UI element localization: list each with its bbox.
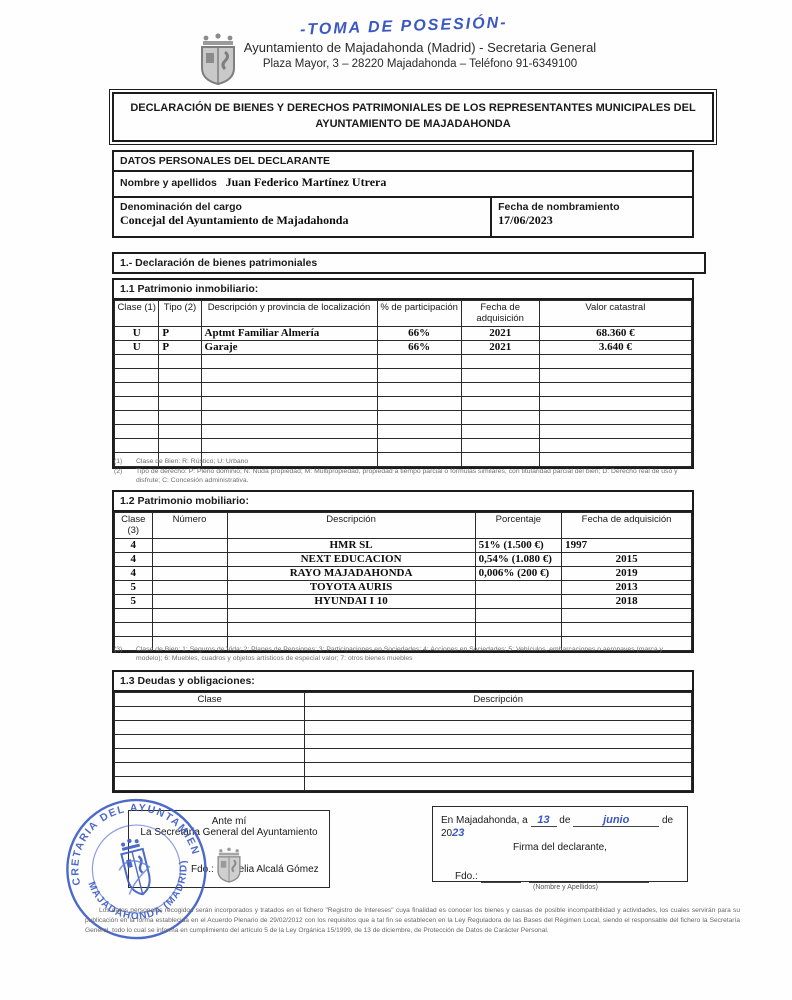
footnote: (1) Clase de Bien: R: Rústico; U: Urbano bbox=[112, 457, 690, 466]
table-cell-empty bbox=[115, 438, 159, 452]
name-label: Nombre y apellidos bbox=[120, 177, 217, 189]
table-cell-empty bbox=[461, 410, 539, 424]
table-cell-empty bbox=[159, 382, 201, 396]
cell-numero bbox=[152, 538, 227, 552]
footnote: (2) Tipo de derecho: P: Pleno dominio; N… bbox=[112, 467, 690, 485]
cell-numero bbox=[152, 552, 227, 566]
table-row: 5 TOYOTA AURIS 2013 bbox=[115, 580, 692, 594]
table-cell-empty bbox=[201, 368, 377, 382]
mobiliario-section: 1.2 Patrimonio mobiliario: Clase (3) Núm… bbox=[112, 490, 694, 653]
table-cell-empty bbox=[461, 424, 539, 438]
column-header: Fecha de adquisición bbox=[562, 513, 692, 539]
table-cell-empty bbox=[539, 382, 691, 396]
secretary-rubber-stamp: SECRETARIA DEL AYUNTAMIENTO · MAJADAHOND… bbox=[45, 778, 228, 965]
cell-descripcion: Aptmt Familiar Almería bbox=[201, 326, 377, 340]
date-line: En Majadahonda, a 13 de junio de 2023 bbox=[441, 815, 679, 839]
cargo-cell: Denominación del cargo Concejal del Ayun… bbox=[114, 198, 492, 236]
table-row-empty bbox=[115, 368, 692, 382]
table-cell-empty bbox=[305, 749, 692, 763]
org-name: Ayuntamiento de Majadahonda (Madrid) - S… bbox=[160, 40, 680, 55]
table-cell-empty bbox=[475, 622, 562, 636]
table-cell-empty bbox=[305, 777, 692, 791]
cell-fecha: 2018 bbox=[562, 594, 692, 608]
name-value: Juan Federico Martínez Utrera bbox=[226, 175, 387, 189]
table-cell-empty bbox=[115, 424, 159, 438]
table-cell-empty bbox=[159, 410, 201, 424]
handwritten-day: 13 bbox=[537, 814, 549, 826]
column-header: Descripción bbox=[305, 693, 692, 707]
inmobiliario-heading: 1.1 Patrimonio inmobiliario: bbox=[114, 280, 692, 300]
table-cell-empty bbox=[201, 424, 377, 438]
column-header: Fecha de adquisición bbox=[461, 301, 539, 327]
footnote-text: Clase de Bien: R: Rústico; U: Urbano bbox=[136, 457, 690, 466]
table-cell-empty bbox=[377, 438, 461, 452]
deudas-table: Clase Descripción bbox=[114, 692, 692, 791]
table-cell-empty bbox=[377, 382, 461, 396]
table-row-empty bbox=[115, 396, 692, 410]
table-cell-empty bbox=[377, 410, 461, 424]
table-cell-empty bbox=[377, 354, 461, 368]
cell-descripcion: Garaje bbox=[201, 340, 377, 354]
table-cell-empty bbox=[201, 396, 377, 410]
deudas-heading: 1.3 Deudas y obligaciones: bbox=[114, 672, 692, 692]
cell-clase: U bbox=[115, 340, 159, 354]
cell-clase: 4 bbox=[115, 538, 153, 552]
cell-porcentaje: 51% (1.500 €) bbox=[475, 538, 562, 552]
cell-valor: 68.360 € bbox=[539, 326, 691, 340]
cell-descripcion: RAYO MAJADAHONDA bbox=[227, 566, 475, 580]
cell-clase: 5 bbox=[115, 580, 153, 594]
table-cell-empty bbox=[115, 735, 305, 749]
table-cell-empty bbox=[305, 735, 692, 749]
footnote-text: Clase de Bien: 1: Seguros de Vida; 2: Pl… bbox=[136, 645, 690, 663]
header-row: Clase (1) Tipo (2) Descripción y provinc… bbox=[115, 301, 692, 327]
fecha-nombramiento-label: Fecha de nombramiento bbox=[498, 201, 686, 213]
nombre-apellidos-hint: (Nombre y Apellidos) bbox=[441, 884, 679, 891]
stamp-crest-icon bbox=[112, 836, 155, 899]
cell-descripcion: NEXT EDUCACION bbox=[227, 552, 475, 566]
table-cell-empty bbox=[115, 354, 159, 368]
header-row: Clase Descripción bbox=[115, 693, 692, 707]
handwritten-annotation: -TOMA DE POSESIÓN- bbox=[300, 14, 508, 39]
table-row-empty bbox=[115, 410, 692, 424]
letterhead: Ayuntamiento de Majadahonda (Madrid) - S… bbox=[160, 40, 680, 70]
section1-heading: 1.- Declaración de bienes patrimoniales bbox=[112, 252, 706, 274]
table-cell-empty bbox=[159, 354, 201, 368]
cell-porcentaje: 0,54% (1.080 €) bbox=[475, 552, 562, 566]
cell-fecha: 2015 bbox=[562, 552, 692, 566]
cell-fecha: 2019 bbox=[562, 566, 692, 580]
cell-porcentaje: 0,006% (200 €) bbox=[475, 566, 562, 580]
table-cell-empty bbox=[227, 608, 475, 622]
table-cell-empty bbox=[201, 382, 377, 396]
fecha-nombramiento-value: 17/06/2023 bbox=[498, 213, 553, 227]
cell-tipo: P bbox=[159, 326, 201, 340]
firma-declarante-text: Firma del declarante, bbox=[441, 842, 679, 853]
table-cell-empty bbox=[115, 396, 159, 410]
header-row: Clase (3) Número Descripción Porcentaje … bbox=[115, 513, 692, 539]
cell-tipo: P bbox=[159, 340, 201, 354]
table-row: U P Garaje 66% 2021 3.640 € bbox=[115, 340, 692, 354]
table-cell-empty bbox=[159, 368, 201, 382]
footnote-marker: (1) bbox=[112, 457, 136, 466]
table-cell-empty bbox=[475, 608, 562, 622]
column-header: Tipo (2) bbox=[159, 301, 201, 327]
table-cell-empty bbox=[159, 438, 201, 452]
column-header: Descripción bbox=[227, 513, 475, 539]
cell-clase: U bbox=[115, 326, 159, 340]
table-row-empty bbox=[115, 749, 692, 763]
cell-descripcion: HMR SL bbox=[227, 538, 475, 552]
table-row-empty bbox=[115, 382, 692, 396]
scanned-declaration-form: -TOMA DE POSESIÓN- Ayuntamiento de Majad… bbox=[0, 0, 792, 1000]
cell-fecha: 2013 bbox=[562, 580, 692, 594]
table-row-empty bbox=[115, 608, 692, 622]
table-cell-empty bbox=[227, 622, 475, 636]
personal-heading: DATOS PERSONALES DEL DECLARANTE bbox=[114, 152, 692, 172]
footnote-text: Tipo de derecho: P: Pleno dominio; N: Nu… bbox=[136, 467, 690, 485]
column-header: Número bbox=[152, 513, 227, 539]
mobiliario-heading: 1.2 Patrimonio mobiliario: bbox=[114, 492, 692, 512]
cell-clase: 5 bbox=[115, 594, 153, 608]
table-cell-empty bbox=[159, 396, 201, 410]
handwritten-month: junio bbox=[603, 814, 629, 826]
table-row-empty bbox=[115, 735, 692, 749]
cell-clase: 4 bbox=[115, 552, 153, 566]
column-header: Porcentaje bbox=[475, 513, 562, 539]
date-prefix: En Majadahonda, a bbox=[441, 815, 528, 826]
table-row: 5 HYUNDAI I 10 2018 bbox=[115, 594, 692, 608]
column-header: Valor catastral bbox=[539, 301, 691, 327]
table-cell-empty bbox=[377, 368, 461, 382]
mobiliario-footnote: (3) Clase de Bien: 1: Seguros de Vida; 2… bbox=[112, 644, 690, 663]
table-cell-empty bbox=[159, 424, 201, 438]
name-row: Nombre y apellidos Juan Federico Martíne… bbox=[114, 172, 692, 198]
table-row-empty bbox=[115, 438, 692, 452]
table-cell-empty bbox=[115, 382, 159, 396]
cell-descripcion: TOYOTA AURIS bbox=[227, 580, 475, 594]
table-row: U P Aptmt Familiar Almería 66% 2021 68.3… bbox=[115, 326, 692, 340]
table-cell-empty bbox=[201, 410, 377, 424]
table-cell-empty bbox=[115, 763, 305, 777]
cell-fecha: 1997 bbox=[562, 538, 692, 552]
cell-descripcion: HYUNDAI I 10 bbox=[227, 594, 475, 608]
cell-participacion: 66% bbox=[377, 326, 461, 340]
table-cell-empty bbox=[115, 622, 153, 636]
table-row-empty bbox=[115, 777, 692, 791]
deudas-section: 1.3 Deudas y obligaciones: Clase Descrip… bbox=[112, 670, 694, 793]
cell-numero bbox=[152, 594, 227, 608]
table-cell-empty bbox=[461, 396, 539, 410]
fecha-nombramiento-cell: Fecha de nombramiento 17/06/2023 bbox=[492, 198, 692, 236]
day-fill: 13 bbox=[531, 815, 557, 827]
column-header: Clase (1) bbox=[115, 301, 159, 327]
table-cell-empty bbox=[461, 368, 539, 382]
table-cell-empty bbox=[115, 608, 153, 622]
table-row: 4 HMR SL 51% (1.500 €) 1997 bbox=[115, 538, 692, 552]
footnote-marker: (2) bbox=[112, 467, 136, 485]
fdo-label: Fdo.: bbox=[455, 871, 478, 882]
table-cell-empty bbox=[461, 382, 539, 396]
table-cell-empty bbox=[377, 396, 461, 410]
table-cell-empty bbox=[305, 707, 692, 721]
table-cell-empty bbox=[539, 368, 691, 382]
table-row-empty bbox=[115, 424, 692, 438]
declarant-signature-box: En Majadahonda, a 13 de junio de 2023 Fi… bbox=[432, 806, 688, 882]
table-cell-empty bbox=[115, 410, 159, 424]
table-cell-empty bbox=[115, 368, 159, 382]
column-header: Descripción y provincia de localización bbox=[201, 301, 377, 327]
table-cell-empty bbox=[539, 424, 691, 438]
table-cell-empty bbox=[539, 438, 691, 452]
table-cell-empty bbox=[562, 608, 692, 622]
table-cell-empty bbox=[461, 438, 539, 452]
table-cell-empty bbox=[115, 721, 305, 735]
table-cell-empty bbox=[539, 354, 691, 368]
month-fill: junio bbox=[573, 815, 659, 827]
inmobiliario-section: 1.1 Patrimonio inmobiliario: Clase (1) T… bbox=[112, 278, 694, 469]
table-row-empty bbox=[115, 721, 692, 735]
table-row-empty bbox=[115, 707, 692, 721]
form-title: DECLARACIÓN DE BIENES Y DERECHOS PATRIMO… bbox=[112, 92, 714, 142]
cargo-value: Concejal del Ayuntamiento de Majadahonda bbox=[120, 213, 348, 227]
table-cell-empty bbox=[305, 721, 692, 735]
table-cell-empty bbox=[377, 424, 461, 438]
cell-porcentaje bbox=[475, 580, 562, 594]
table-row-empty bbox=[115, 763, 692, 777]
table-cell-empty bbox=[152, 608, 227, 622]
table-cell-empty bbox=[115, 777, 305, 791]
table-cell-empty bbox=[115, 749, 305, 763]
table-row-empty bbox=[115, 354, 692, 368]
table-cell-empty bbox=[539, 396, 691, 410]
cell-valor: 3.640 € bbox=[539, 340, 691, 354]
cell-numero bbox=[152, 566, 227, 580]
table-cell-empty bbox=[201, 354, 377, 368]
inmobiliario-footnotes: (1) Clase de Bien: R: Rústico; U: Urbano… bbox=[112, 456, 690, 486]
data-protection-legal-text: Los datos personales recogidos serán inc… bbox=[85, 906, 740, 936]
inmobiliario-table: Clase (1) Tipo (2) Descripción y provinc… bbox=[114, 300, 692, 467]
table-cell-empty bbox=[152, 622, 227, 636]
table-cell-empty bbox=[115, 707, 305, 721]
table-row: 4 NEXT EDUCACION 0,54% (1.080 €) 2015 bbox=[115, 552, 692, 566]
personal-data-section: DATOS PERSONALES DEL DECLARANTE Nombre y… bbox=[112, 150, 694, 238]
table-row-empty bbox=[115, 622, 692, 636]
mobiliario-table: Clase (3) Número Descripción Porcentaje … bbox=[114, 512, 692, 651]
footnote-marker: (3) bbox=[112, 645, 136, 663]
org-address: Plaza Mayor, 3 – 28220 Majadahonda – Tel… bbox=[160, 58, 680, 70]
table-cell-empty bbox=[539, 410, 691, 424]
cell-numero bbox=[152, 580, 227, 594]
cell-fecha: 2021 bbox=[461, 340, 539, 354]
table-cell-empty bbox=[461, 354, 539, 368]
de-text: de bbox=[559, 815, 570, 826]
cell-fecha: 2021 bbox=[461, 326, 539, 340]
column-header: Clase (3) bbox=[115, 513, 153, 539]
table-cell-empty bbox=[305, 763, 692, 777]
table-cell-empty bbox=[201, 438, 377, 452]
cell-clase: 4 bbox=[115, 566, 153, 580]
cell-porcentaje bbox=[475, 594, 562, 608]
column-header: Clase bbox=[115, 693, 305, 707]
column-header: % de participación bbox=[377, 301, 461, 327]
table-row: 4 RAYO MAJADAHONDA 0,006% (200 €) 2019 bbox=[115, 566, 692, 580]
cell-participacion: 66% bbox=[377, 340, 461, 354]
cargo-label: Denominación del cargo bbox=[120, 201, 484, 213]
handwritten-year: 23 bbox=[452, 827, 464, 839]
fdo-line: Fdo.: bbox=[441, 871, 679, 883]
footnote: (3) Clase de Bien: 1: Seguros de Vida; 2… bbox=[112, 645, 690, 663]
table-cell-empty bbox=[562, 622, 692, 636]
